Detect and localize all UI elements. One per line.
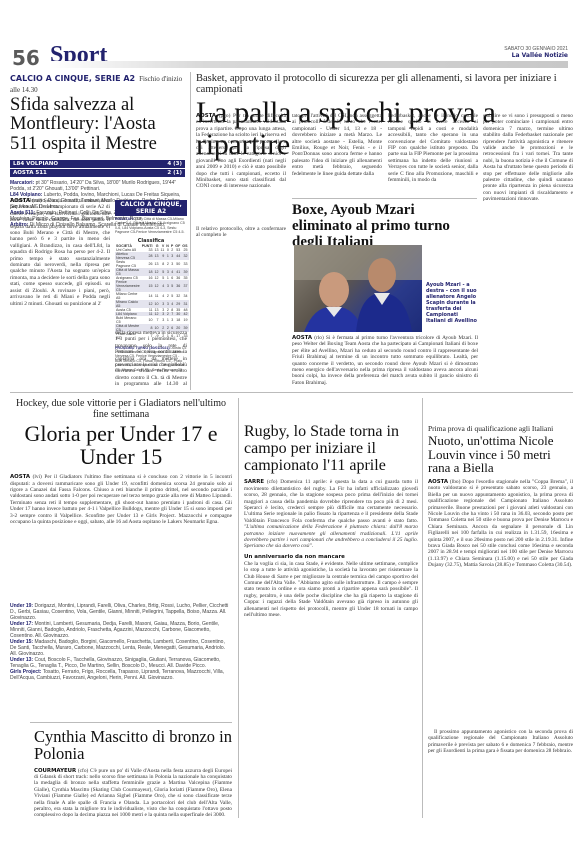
roster-line: Under 15: Madaschi, Badoglio, Borgini, G… — [10, 639, 232, 657]
roster-line: Girls Project: Tosatto, Ferrario, Frigo,… — [10, 669, 232, 681]
column-divider — [422, 398, 423, 818]
shorttrack-article: Cynthia Mascitto di bronzo in Polonia CO… — [34, 728, 232, 819]
hockey-rosters: Under 19: Dorigazzi, Montini, Liprandi, … — [10, 603, 232, 681]
shorttrack-top-rule — [30, 722, 232, 723]
boxe-body: AOSTA (rlo) Si è fermata al primo turno … — [292, 335, 478, 387]
basket-col-3: Federbasket, anche se il nodo cruciale r… — [388, 113, 478, 193]
boxe-photo — [294, 245, 422, 332]
roster-line: Under 13: Cout, Boscolo F., Tacchella, G… — [10, 657, 232, 669]
hockey-kicker: Hockey, due sole vittorie per i Gladiato… — [10, 398, 232, 420]
rugby-subhead: Un anniversario da non mancare — [244, 554, 418, 560]
score-row: AOSTA 5112 (1) — [10, 169, 185, 177]
rugby-headline: Rugby, lo Stade torna in campo per inizi… — [244, 424, 418, 474]
hockey-article: Hockey, due sole vittorie per i Gladiato… — [10, 398, 232, 681]
hockey-headline: Gloria per Under 17 e Under 15 — [10, 422, 232, 468]
nuoto-kicker: Prima prova di qualificazione agli Itali… — [428, 424, 573, 433]
calcio-body: AOSTA (rol) Seconda sconfitta consecutiv… — [10, 198, 110, 388]
nuoto-body: AOSTA (lbo) Dopo l'esordio stagionale ne… — [428, 479, 573, 729]
basket-col-1b: Il relativo protocollo, oltre a conferma… — [196, 226, 286, 386]
standings-box-title: CALCIO A CINQUE, SERIE A2 — [115, 200, 187, 216]
boxers-photo-icon — [294, 245, 422, 332]
page-number: 56 — [12, 46, 40, 70]
basket-col-2: tato per l'attività del CSI, non assogge… — [292, 113, 382, 193]
standings-table: SOCIETÀPUNTIGVNPGFGS Uni Cairo A53313110… — [115, 244, 189, 340]
nuoto-body-3: Il prossimo appuntamento agonistico con … — [428, 729, 573, 755]
rugby-body-2: Che la voglia ci sia, in casa Stade, è e… — [244, 561, 418, 766]
basket-kicker: Basket, approvato il protocollo di sicur… — [196, 73, 572, 95]
calcio-headline: Sfida salvezza al Montfleury: l'Aosta 51… — [10, 96, 185, 154]
standings-row: Mirano Calcio A512103342931 — [115, 300, 189, 308]
column-divider — [238, 398, 239, 818]
standings-row: Bubi Merano C51073131819 — [115, 316, 189, 324]
shorttrack-headline: Cynthia Mascitto di bronzo in Polonia — [34, 728, 232, 763]
standings-row: Città di Massa C518125344139 — [115, 268, 189, 276]
calcio-kicker: CALCIO A CINQUE, SERIE A2 — [10, 74, 135, 83]
scoreboard: L84 VOLPIANO4 (3) AOSTA 5112 (1) — [10, 160, 185, 177]
masthead-rule — [50, 61, 568, 68]
page-divider — [10, 392, 573, 393]
basket-col-1: AOSTA (pgo) Pur tra molte difficoltà ed … — [196, 113, 286, 223]
basket-col-4: stabilire se vi sono i presupposti o men… — [483, 113, 573, 388]
nuoto-headline: Nuoto, un'ottima Nicole Louvin vince i 5… — [428, 434, 573, 475]
rugby-article: Rugby, lo Stade torna in campo per inizi… — [244, 424, 418, 766]
boxe-article: Boxe, Ayoub Mzari eliminato al primo tur… — [292, 203, 478, 250]
issue-info: SABATO 30 GENNAIO 2021 La Vallée Notizie — [504, 46, 568, 59]
newspaper-name: La Vallée Notizie — [504, 52, 568, 59]
roster-line: Under 17: Montini, Lamberti, Gesumaria, … — [10, 621, 232, 639]
standings-row: Atletico Nervesa C528139134432 — [115, 252, 189, 260]
nuoto-article: Prima prova di qualificazione agli Itali… — [428, 424, 573, 755]
roster-line: Under 19: Dorigazzi, Montini, Liprandi, … — [10, 603, 232, 621]
hockey-body: AOSTA (lvi) Per il Gladiators l'ultimo f… — [10, 474, 232, 602]
masthead: 56 Sport SABATO 30 GENNAIO 2021 La Vallé… — [0, 0, 580, 70]
column-divider — [190, 72, 191, 390]
shorttrack-body: COURMAYEUR (cfo) C'è pure un po' di Vall… — [34, 768, 232, 819]
results: RISULTATI: (11ª) Città di Massa C5-Milan… — [115, 217, 187, 235]
score-row: L84 VOLPIANO4 (3) — [10, 160, 185, 168]
tabellino-line: Marcatori: pt 30" Rosario, 14'20" Da Sil… — [10, 180, 185, 192]
boxe-headline: Boxe, Ayoub Mzari eliminato al primo tur… — [292, 203, 478, 250]
standings-row: Milano Cerbe A514114253234 — [115, 292, 189, 300]
standings-row: Fenice Veneziamestre C515124353637 — [115, 280, 189, 292]
standings-row: Sestu Pagnone C526138235033 — [115, 260, 189, 268]
boxe-photo-caption: Ayoub Mzari - a destra - con il suo alle… — [426, 282, 478, 324]
boxe-top-rule — [292, 198, 477, 199]
rugby-body: SARRE (cfo) Domenica 11 aprile: è questa… — [244, 479, 418, 549]
calcio-body-continued: della ripresa metteva in sicurezza 1-3 p… — [115, 330, 187, 388]
